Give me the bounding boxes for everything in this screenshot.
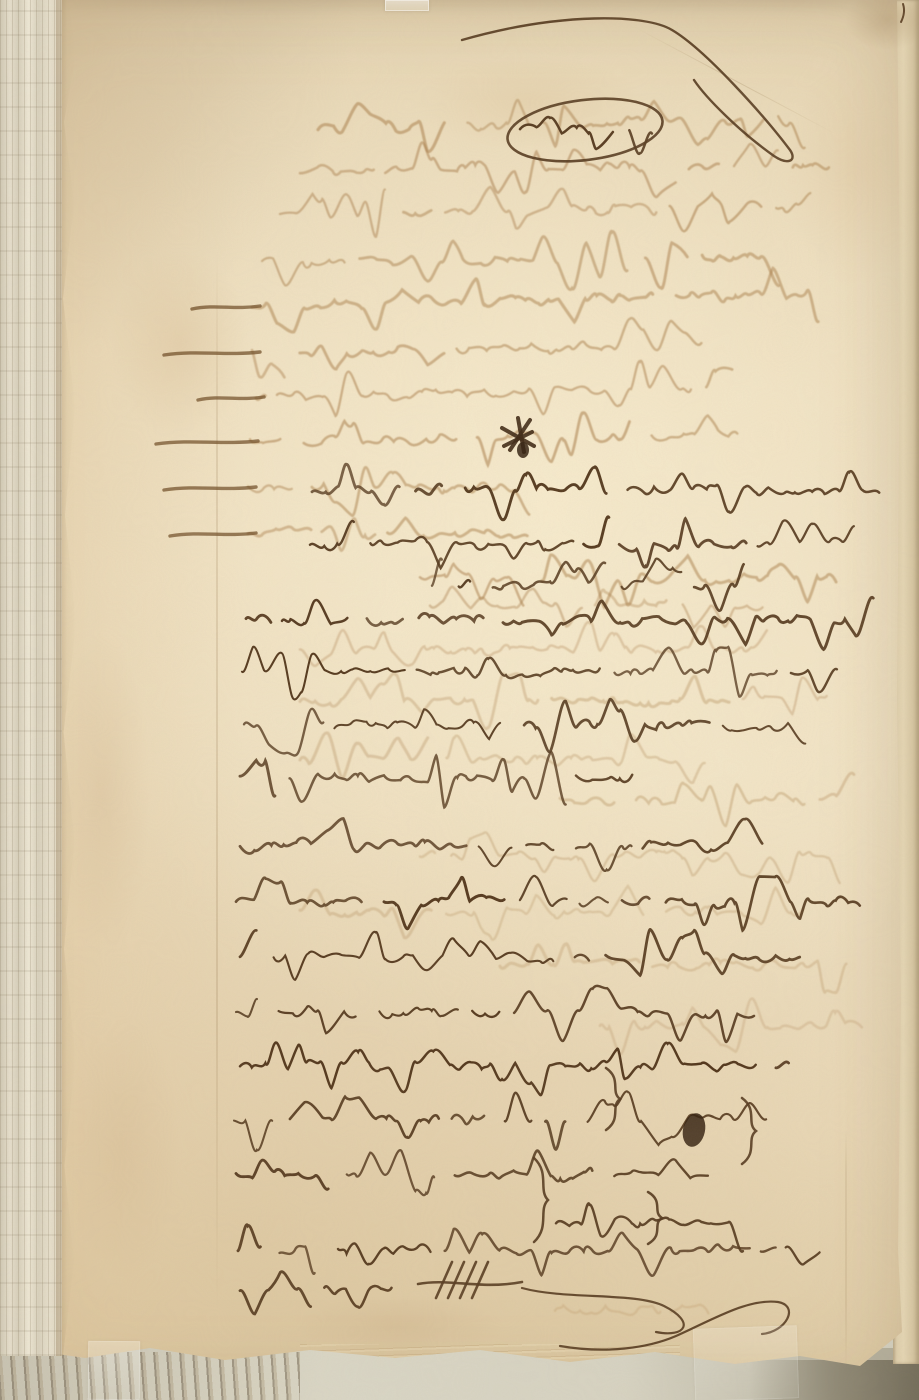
tape-bottom-left: [88, 1341, 141, 1400]
tape-bottom-right: [693, 1325, 799, 1400]
tape-top: [385, 0, 429, 11]
manuscript-photo: [0, 0, 919, 1400]
paper-grain: [0, 0, 919, 1400]
